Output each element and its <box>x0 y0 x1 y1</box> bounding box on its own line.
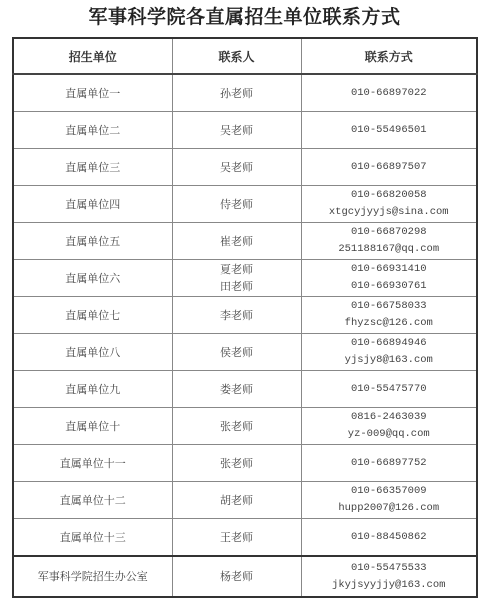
phone-number: 0816-2463039 <box>302 409 477 426</box>
contact-person-cell: 夏老师田老师 <box>172 260 301 297</box>
contact-method-cell: 010-66820058xtgcyjyyjs@sina.com <box>301 186 477 223</box>
unit-cell: 直属单位四 <box>13 186 172 223</box>
table-row: 直属单位七李老师010-66758033fhyzsc@126.com <box>13 297 477 334</box>
contact-method-cell: 010-55475770 <box>301 371 477 408</box>
unit-cell: 直属单位六 <box>13 260 172 297</box>
contact-person: 李老师 <box>173 307 301 324</box>
phone-number: 010-66897752 <box>302 455 477 472</box>
contact-table: 招生单位 联系人 联系方式 直属单位一孙老师010-66897022直属单位二吴… <box>12 37 478 598</box>
contact-person: 杨老师 <box>173 568 301 585</box>
email-address: yz-009@qq.com <box>302 426 477 443</box>
unit-cell: 直属单位十一 <box>13 445 172 482</box>
phone-number: 010-66894946 <box>302 335 477 352</box>
unit-cell: 军事科学院招生办公室 <box>13 556 172 597</box>
contact-method-cell: 010-55496501 <box>301 112 477 149</box>
contact-person: 侯老师 <box>173 344 301 361</box>
unit-cell: 直属单位十二 <box>13 482 172 519</box>
table-row: 直属单位十三王老师010-88450862 <box>13 519 477 557</box>
contact-person-cell: 吴老师 <box>172 149 301 186</box>
contact-person: 田老师 <box>173 278 301 295</box>
contact-person: 张老师 <box>173 418 301 435</box>
contact-method-cell: 010-66897507 <box>301 149 477 186</box>
contact-method-cell: 0816-2463039yz-009@qq.com <box>301 408 477 445</box>
contact-person-cell: 李老师 <box>172 297 301 334</box>
phone-number: 010-55496501 <box>302 122 477 139</box>
contact-person: 崔老师 <box>173 233 301 250</box>
unit-cell: 直属单位二 <box>13 112 172 149</box>
contact-person-cell: 孙老师 <box>172 74 301 112</box>
table-row: 直属单位一孙老师010-66897022 <box>13 74 477 112</box>
email-address: yjsjy8@163.com <box>302 352 477 369</box>
contact-person-cell: 胡老师 <box>172 482 301 519</box>
contact-person-cell: 娄老师 <box>172 371 301 408</box>
contact-person: 吴老师 <box>173 159 301 176</box>
contact-person-cell: 侯老师 <box>172 334 301 371</box>
table-row: 直属单位九娄老师010-55475770 <box>13 371 477 408</box>
table-row: 直属单位五崔老师010-66870298251188167@qq.com <box>13 223 477 260</box>
contact-method-cell: 010-66897752 <box>301 445 477 482</box>
phone-number: 010-55475770 <box>302 381 477 398</box>
page-title: 军事科学院各直属招生单位联系方式 <box>0 4 489 30</box>
email-address: hupp2007@126.com <box>302 500 477 517</box>
contact-method-cell: 010-88450862 <box>301 519 477 557</box>
phone-number: 010-66897022 <box>302 85 477 102</box>
unit-cell: 直属单位九 <box>13 371 172 408</box>
contact-person: 娄老师 <box>173 381 301 398</box>
contact-person-cell: 崔老师 <box>172 223 301 260</box>
header-contact-person: 联系人 <box>172 38 301 74</box>
table-row: 直属单位四侍老师010-66820058xtgcyjyyjs@sina.com <box>13 186 477 223</box>
contact-method-cell: 010-66897022 <box>301 74 477 112</box>
table-row: 直属单位三吴老师010-66897507 <box>13 149 477 186</box>
contact-method-cell: 010-66931410010-66930761 <box>301 260 477 297</box>
header-unit: 招生单位 <box>13 38 172 74</box>
contact-person: 夏老师 <box>173 261 301 278</box>
phone-number: 010-88450862 <box>302 529 477 546</box>
unit-cell: 直属单位七 <box>13 297 172 334</box>
unit-cell: 直属单位五 <box>13 223 172 260</box>
phone-number: 010-55475533 <box>302 560 477 577</box>
phone-number: 010-66870298 <box>302 224 477 241</box>
contact-person: 张老师 <box>173 455 301 472</box>
contact-person-cell: 王老师 <box>172 519 301 557</box>
contact-person: 胡老师 <box>173 492 301 509</box>
contact-person-cell: 侍老师 <box>172 186 301 223</box>
table-row: 直属单位十一张老师010-66897752 <box>13 445 477 482</box>
unit-cell: 直属单位十三 <box>13 519 172 557</box>
table-row: 直属单位二吴老师010-55496501 <box>13 112 477 149</box>
table-row: 军事科学院招生办公室杨老师010-55475533jkyjsyyjjy@163.… <box>13 556 477 597</box>
table-body: 直属单位一孙老师010-66897022直属单位二吴老师010-55496501… <box>13 74 477 597</box>
phone-number: 010-66897507 <box>302 159 477 176</box>
contact-person-cell: 杨老师 <box>172 556 301 597</box>
email-address: xtgcyjyyjs@sina.com <box>302 204 477 221</box>
email-address: jkyjsyyjjy@163.com <box>302 577 477 594</box>
phone-number: 010-66758033 <box>302 298 477 315</box>
email-address: fhyzsc@126.com <box>302 315 477 332</box>
table-header-row: 招生单位 联系人 联系方式 <box>13 38 477 74</box>
contact-person: 王老师 <box>173 529 301 546</box>
contact-person-cell: 张老师 <box>172 408 301 445</box>
table-row: 直属单位八侯老师010-66894946yjsjy8@163.com <box>13 334 477 371</box>
phone-number: 010-66357009 <box>302 483 477 500</box>
header-contact-method: 联系方式 <box>301 38 477 74</box>
table-row: 直属单位十二胡老师010-66357009hupp2007@126.com <box>13 482 477 519</box>
phone-number: 010-66931410 <box>302 261 477 278</box>
contact-method-cell: 010-66357009hupp2007@126.com <box>301 482 477 519</box>
unit-cell: 直属单位八 <box>13 334 172 371</box>
contact-method-cell: 010-66894946yjsjy8@163.com <box>301 334 477 371</box>
contact-method-cell: 010-66758033fhyzsc@126.com <box>301 297 477 334</box>
contact-method-cell: 010-66870298251188167@qq.com <box>301 223 477 260</box>
contact-person: 孙老师 <box>173 85 301 102</box>
table-row: 直属单位六夏老师田老师010-66931410010-66930761 <box>13 260 477 297</box>
contact-person-cell: 吴老师 <box>172 112 301 149</box>
unit-cell: 直属单位一 <box>13 74 172 112</box>
table-row: 直属单位十张老师0816-2463039yz-009@qq.com <box>13 408 477 445</box>
contact-person-cell: 张老师 <box>172 445 301 482</box>
contact-person: 吴老师 <box>173 122 301 139</box>
phone-number: 010-66930761 <box>302 278 477 295</box>
contact-person: 侍老师 <box>173 196 301 213</box>
phone-number: 010-66820058 <box>302 187 477 204</box>
unit-cell: 直属单位三 <box>13 149 172 186</box>
email-address: 251188167@qq.com <box>302 241 477 258</box>
contact-method-cell: 010-55475533jkyjsyyjjy@163.com <box>301 556 477 597</box>
unit-cell: 直属单位十 <box>13 408 172 445</box>
